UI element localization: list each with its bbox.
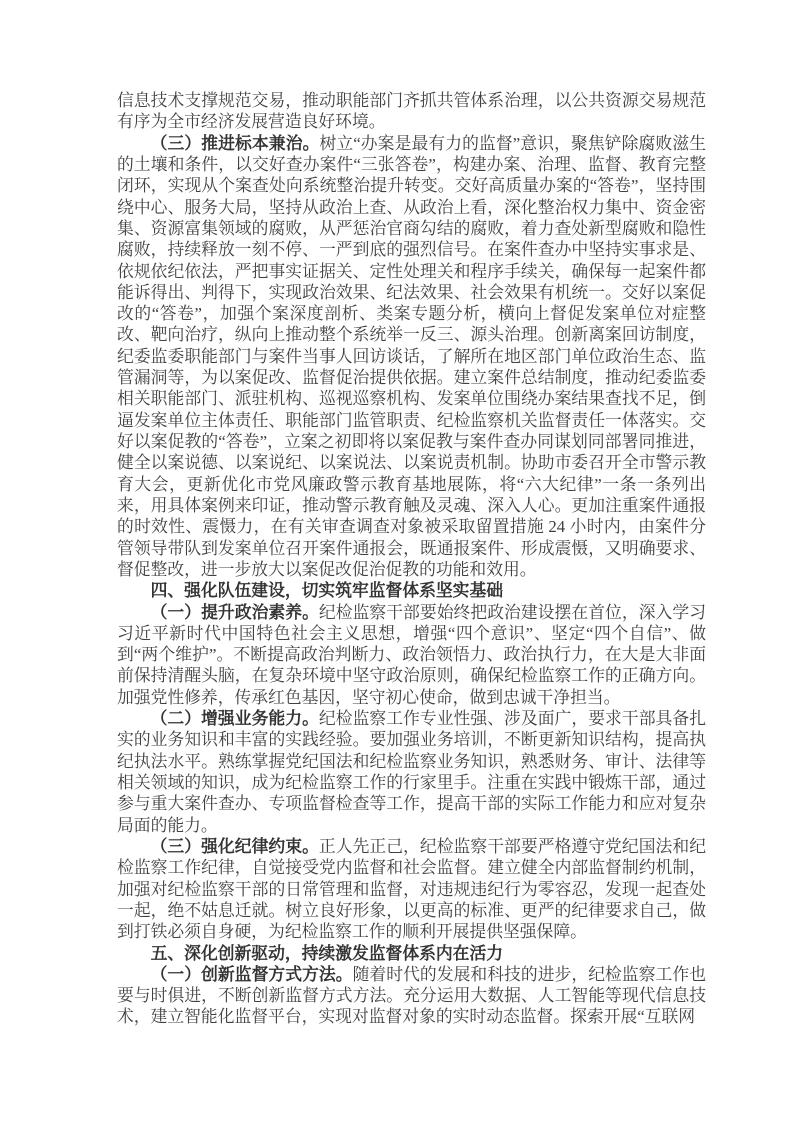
document-body: 信息技术支撑规范交易，推动职能部门齐抓共管体系治理，以公共资源交易规范有序为全市… [117,90,706,1028]
paragraph-item-3-discipline: （三）强化纪律约束。正人先正己，纪检监察干部要严格遵守党纪国法和纪检监察工作纪律… [117,836,706,943]
paragraph-continuation: 信息技术支撑规范交易，推动职能部门齐抓共管体系治理，以公共资源交易规范有序为全市… [117,90,706,133]
section-heading-5: 五、深化创新驱动，持续激发监督体系内在活力 [117,943,706,964]
paragraph-item-3-standben: （三）推进标本兼治。树立“办案是最有力的监督”意识，聚焦铲除腐败滋生的土壤和条件… [117,133,706,581]
paragraph-text: 树立“办案是最有力的监督”意识，聚焦铲除腐败滋生的土壤和条件，以交好查办案件“三… [117,134,706,579]
paragraph-item-2-capability: （二）增强业务能力。纪检监察工作专业性强、涉及面广，要求干部具备扎实的业务知识和… [117,708,706,836]
paragraph-lead: （一）提升政治素养。 [151,603,319,622]
section-heading-4: 四、强化队伍建设，切实筑牢监督体系坚实基础 [117,580,706,601]
document-page: 信息技术支撑规范交易，推动职能部门齐抓共管体系治理，以公共资源交易规范有序为全市… [0,0,793,1122]
paragraph-lead: （一）创新监督方式方法。 [151,965,353,984]
paragraph-text: 信息技术支撑规范交易，推动职能部门齐抓共管体系治理，以公共资源交易规范有序为全市… [117,91,706,131]
paragraph-item-1-political: （一）提升政治素养。纪检监察干部要始终把政治建设摆在首位，深入学习习近平新时代中… [117,602,706,709]
paragraph-lead: （三）强化纪律约束。 [151,837,319,856]
paragraph-lead: （二）增强业务能力。 [151,709,319,728]
paragraph-lead: （三）推进标本兼治。 [151,134,320,153]
paragraph-item-1-innovation: （一）创新监督方式方法。随着时代的发展和科技的进步，纪检监察工作也要与时俱进，不… [117,964,706,1028]
